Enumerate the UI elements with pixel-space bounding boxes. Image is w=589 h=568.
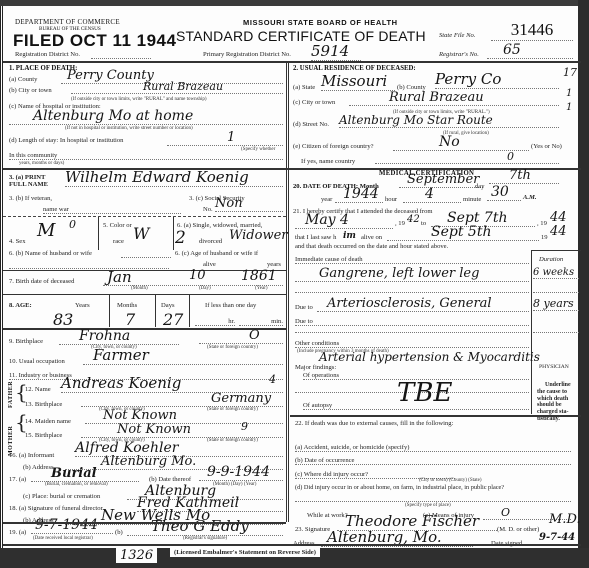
full-name-value: Wilhelm Edward Koenig [65,168,283,187]
community-note: years, months or days) [19,161,64,166]
min-label: min. [239,318,283,326]
last-saw-date: Sept 5th [387,224,539,241]
large-mark: TBE [397,378,452,408]
window-frame-right [578,0,589,568]
ssn-value: Non [215,196,283,212]
birthplace-label: 9. Birthplace [9,338,43,345]
primary-district-label: Primary Registration District No. [203,51,291,58]
dod-year: 1944 [335,186,383,203]
md-label: (M. D. or other) [497,526,539,533]
due-to-1-value: Arteriosclerosis, General [317,296,529,312]
filed-stamp: FILED OCT 11 1944 [13,31,176,51]
attend-to-year: 44 [550,210,567,225]
community-label: In this community [9,152,283,160]
res-state-value: Missouri [321,72,395,91]
informant-label: 16. (a) Informant [9,452,54,459]
due-to-2-duration-line [533,332,579,333]
immediate-duration: 6 weeks [533,267,579,279]
due-to-1-duration: 8 years [533,297,579,311]
embalmer-note: (Licensed Embalmer's Statement on Revers… [170,548,320,557]
day-note: (Day) [199,286,211,291]
month-note: (Month) [131,286,148,291]
years-label: years [267,261,281,268]
margin-mark-1: 17 [563,66,577,79]
burial-value: Burial [31,466,139,482]
citizen-value: No [393,134,529,151]
race-value: W [133,224,149,243]
board-label: MISSOURI STATE BOARD OF HEALTH [243,18,398,27]
age-col-div-1 [109,295,110,327]
due-to-2-label: Due to [295,318,529,326]
reg-district-label: Registration District No. [15,51,80,58]
date-signed-value: 9-7-44 [539,532,575,543]
registrar-value: 65 [487,42,573,59]
margin-mark-3: 1 [566,102,572,113]
footer-divider-left [3,522,286,524]
spouse-line-2 [9,268,169,269]
age-days-label: Days [161,302,175,309]
birthplace-state-value: O [199,328,283,344]
race-marital-divider [173,217,174,250]
underline-note-line: tistically. [537,416,571,423]
name-country-label: If yes, name country [301,158,355,165]
last-saw-19: 19 [541,234,548,241]
age-months-label: Months [117,302,137,309]
sex-color-divider [98,217,99,250]
residence-heading: 2. USUAL RESIDENCE OF DECEASED: [293,65,416,72]
alive-on-label: alive on [361,234,382,241]
center-divider [286,63,289,522]
hospital-value: Altenburg Mo at home [9,108,283,125]
res-city-value: Rural Brazeau [349,90,559,106]
veteran-label: 3. (b) If veteran, [9,195,52,202]
last-saw-pronoun: im [343,231,356,241]
dod-hour-label: hour [385,196,397,203]
header-divider [3,61,581,63]
birth-month: Jan [107,268,132,286]
birthplace-value: Frohna [59,328,179,345]
age-months-value: 7 [125,310,135,329]
dod-day-label: day [475,183,485,190]
hr-label: hr. [195,318,235,326]
spouse-label: 6. (b) Name of husband or wife [9,250,92,257]
registrar-label: Registrar's No. [439,51,479,58]
age-label: 8. AGE: [9,302,32,309]
external-heading: 22. If death was due to external causes,… [295,420,453,427]
duration-label: Duration [539,256,563,263]
mother-maiden-label: 14. Maiden name [25,418,71,425]
marital-value: Widower [229,228,287,243]
age-years-label: Years [75,302,90,309]
burial-label: 17. (a) [9,476,26,483]
last-saw-label: that I last saw h [295,234,336,241]
stay-value: 1 [167,130,283,146]
father-tag: FATHER [8,381,14,408]
age-col-div-2 [155,295,156,327]
father-birthplace-value: Germany [81,391,283,407]
city-note: (If outside city or town limits, write "… [71,97,207,102]
state-file-label: State File No. [439,32,475,39]
registrar-sig-note: (Registrar's signature) [183,536,227,541]
age-years-value: 83 [53,310,73,329]
immediate-value: Gangrene, left lower leg [295,266,529,282]
place-type-note: (Specify type of place) [405,503,451,508]
other-conditions-value: Arterial hypertension & Myocarditis [319,350,540,364]
res-county-value: Perry Co [435,70,559,89]
dod-day: 7th [489,168,559,184]
citizen-note: (Yes or No) [531,143,562,150]
findings-label: Major findings: [295,364,336,371]
burial-date-label: (b) Date thereof [149,476,191,483]
reg-district-line [91,58,151,59]
dept-label: DEPARTMENT OF COMMERCE [15,18,120,26]
race-label: race [113,238,124,245]
year-note: (Year) [255,286,268,291]
occurrence-label: (b) Date of occurrence [295,457,571,465]
spouse-line [121,257,171,258]
last-saw-year: 44 [550,224,567,239]
mother-birthplace-value: Not Known [81,422,283,438]
burial-place-label: (c) Place: burial or cremation [23,493,100,500]
burial-date-value: 9-9-1944 [199,464,283,481]
color-label: 5. Color or [103,222,132,229]
due-to-2-line [295,332,529,333]
county-label: (a) County [9,76,37,83]
death-certificate: DEPARTMENT OF COMMERCE BUREAU OF THE CEN… [0,6,578,548]
underline-note-line: which death [537,396,571,403]
accident-label: (a) Accident, suicide, or homicide (spec… [295,444,571,452]
res-state-label: (a) State [293,84,315,91]
birth-label: 7. Birth date of deceased [9,278,74,285]
home-label: (d) Did injury occur in or about home, o… [295,484,504,491]
sex-mark: 0 [69,218,76,231]
dod-year-label: year [321,196,332,203]
war-label: name war [43,206,181,214]
birth-year: 1861 [241,268,277,284]
sex-value: M [37,220,55,241]
mother-birthplace-label: 15. Birthplace [25,432,62,439]
immediate-line-2 [295,292,529,293]
duration-column-divider [531,250,532,414]
home-line [295,501,571,502]
due-to-1-label: Due to [295,304,313,311]
city-value: Rural Brazeau [71,80,283,94]
name-label-a: 3. (a) PRINT [9,174,45,181]
primary-district-value: 5914 [311,42,361,61]
dod-minute: 30 [487,184,521,201]
md-value: M.D. [549,512,581,527]
father-birthplace-label: 13. Birthplace [25,401,62,408]
section-divider-22 [290,415,581,417]
name-country-value: 0 [375,150,559,164]
father-mark: 4 [269,373,276,386]
immediate-label: Immediate cause of death [295,256,529,264]
father-name-label: 12. Name [25,386,51,393]
physician-label: PHYSICIAN [539,364,569,370]
occupation-value: Farmer [83,346,283,365]
name-label-b: FULL NAME [9,181,48,188]
underline-note-line: should be [537,402,571,409]
footer-number: 1326 [116,548,157,563]
stay-label: (d) Length of stay: In hospital or insti… [9,137,123,144]
occupation-label: 10. Usual occupation [9,358,65,365]
certificate-title: STANDARD CERTIFICATE OF DEATH [176,28,426,44]
marital-mark: 2 [175,228,186,248]
spouse-age-label: 6. (c) Age of husband or wife if [175,250,258,257]
margin-mark-2: 1 [566,88,572,99]
res-street-value: Altenburg Mo Star Route [339,113,559,128]
ssn-no-label: No. [203,206,213,213]
registrar-sig-label: (b) [115,529,123,536]
res-street-label: (d) Street No. [293,121,329,128]
dod-hour: 4 [403,186,461,203]
state-file-value: 31446 [491,20,573,41]
mother-mark: 9 [241,420,248,433]
underline-note-line: the cause to [537,389,571,396]
received-note: (Date received local registrar) [33,536,93,541]
sex-label: 4. Sex [9,238,25,245]
city-label: (b) City or town [9,87,52,94]
footer-divider [3,544,581,546]
divider-age [3,294,286,295]
immediate-duration-line-2 [533,292,579,293]
where-note: (City or town) (County) (State) [419,478,482,483]
divider-ssn [3,216,286,217]
dod-ampm: A.M. [523,194,537,201]
received-label: 19. (a) [9,529,26,536]
other-conditions-label: Other conditions [295,340,529,348]
age-days-value: 27 [163,310,183,329]
occurred-label: and that death occurred on the date and … [295,243,448,250]
received-value: 9-7-1944 [31,517,113,534]
underline-note-line: Underline [537,382,571,389]
window-frame-bottom: (Licensed Embalmer's Statement on Revers… [0,548,589,568]
birth-day: 10 [189,268,206,283]
age-col-div-3 [189,295,190,327]
registrar-sig-value: Theo G Eddy [127,517,283,536]
duration-top [531,250,581,251]
attend-from: May 4 [295,212,393,229]
dod-minute-label: minute [463,196,481,203]
divorced-label: divorced [199,238,222,245]
burial-note: (Burial, cremation, or removal) [45,482,108,487]
age-less-label: If less than one day [205,302,256,309]
alive-label: alive [203,261,216,268]
res-city-label: (c) City or town [293,99,335,106]
citizen-label: (e) Citizen of foreign country? [293,143,374,150]
